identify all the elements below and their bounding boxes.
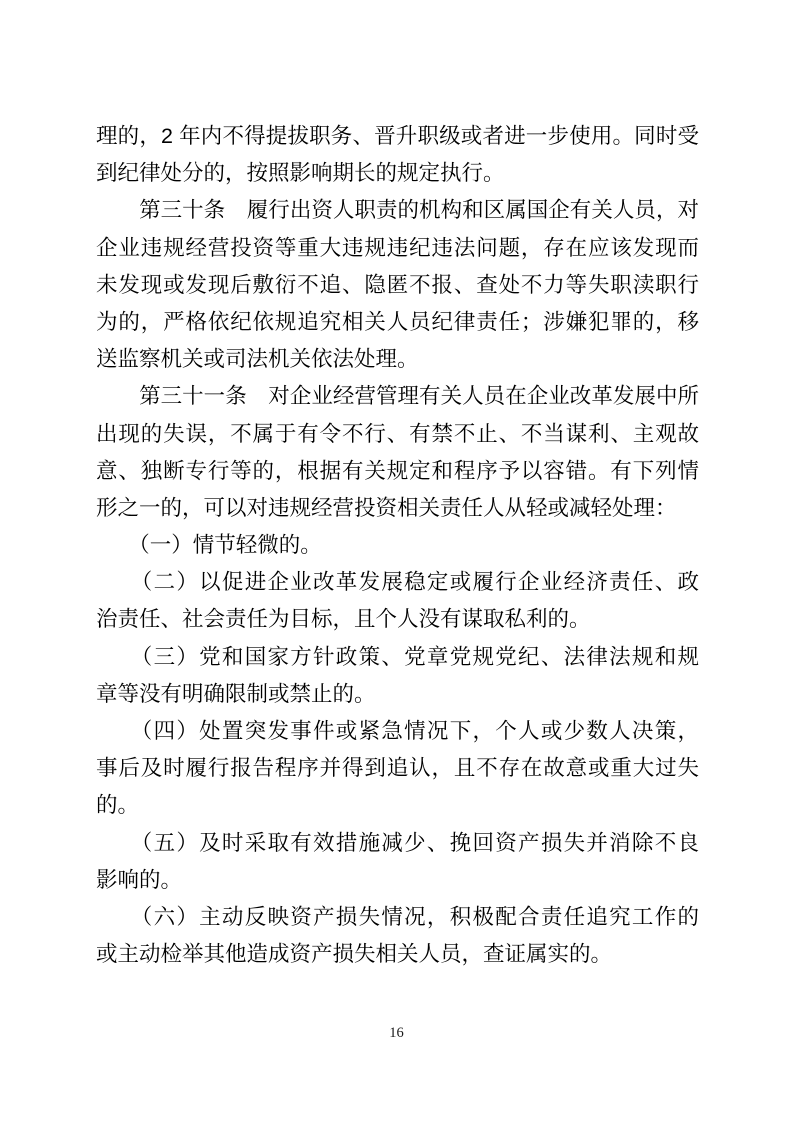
text-line: （六）主动反映资产损失情况，积极配合责任追究工作的 bbox=[96, 899, 699, 936]
text-line: 事后及时履行报告程序并得到追认，且不存在故意或重大过失 bbox=[96, 750, 699, 787]
text-line: 送监察机关或司法机关依法处理。 bbox=[96, 341, 699, 378]
page-number: 16 bbox=[389, 1025, 404, 1041]
document-body: 理的，2 年内不得提拔职务、晋升职级或者进一步使用。同时受到纪律处分的，按照影响… bbox=[96, 118, 699, 973]
text-line: 出现的失误，不属于有令不行、有禁不止、不当谋利、主观故 bbox=[96, 416, 699, 453]
text-line: 到纪律处分的，按照影响期长的规定执行。 bbox=[96, 155, 699, 192]
text-line: 治责任、社会责任为目标，且个人没有谋取私利的。 bbox=[96, 601, 699, 638]
text-line: 第三十条 履行出资人职责的机构和区属国企有关人员，对 bbox=[96, 192, 699, 229]
page-footer: 16 bbox=[0, 1024, 793, 1042]
text-line: 企业违规经营投资等重大违规违纪违法问题，存在应该发现而 bbox=[96, 230, 699, 267]
paragraph: （六）主动反映资产损失情况，积极配合责任追究工作的或主动检举其他造成资产损失相关… bbox=[96, 899, 699, 973]
text-line: 第三十一条 对企业经营管理有关人员在企业改革发展中所 bbox=[96, 378, 699, 415]
paragraph: （二）以促进企业改革发展稳定或履行企业经济责任、政治责任、社会责任为目标，且个人… bbox=[96, 564, 699, 638]
text-line: 影响的。 bbox=[96, 862, 699, 899]
text-line: 未发现或发现后敷衍不追、隐匿不报、查处不力等失职渎职行 bbox=[96, 267, 699, 304]
paragraph: 第三十条 履行出资人职责的机构和区属国企有关人员，对企业违规经营投资等重大违规违… bbox=[96, 192, 699, 378]
text-line: （一）情节轻微的。 bbox=[96, 527, 699, 564]
document-page: 理的，2 年内不得提拔职务、晋升职级或者进一步使用。同时受到纪律处分的，按照影响… bbox=[0, 0, 793, 1122]
paragraph: （一）情节轻微的。 bbox=[96, 527, 699, 564]
text-line: 理的，2 年内不得提拔职务、晋升职级或者进一步使用。同时受 bbox=[96, 118, 699, 155]
paragraph: （三）党和国家方针政策、党章党规党纪、法律法规和规章等没有明确限制或禁止的。 bbox=[96, 639, 699, 713]
text-line: 章等没有明确限制或禁止的。 bbox=[96, 676, 699, 713]
text-line: 为的，严格依纪依规追究相关人员纪律责任；涉嫌犯罪的，移 bbox=[96, 304, 699, 341]
text-line: 或主动检举其他造成资产损失相关人员，查证属实的。 bbox=[96, 936, 699, 973]
paragraph: 理的，2 年内不得提拔职务、晋升职级或者进一步使用。同时受到纪律处分的，按照影响… bbox=[96, 118, 699, 192]
text-line: （四）处置突发事件或紧急情况下，个人或少数人决策， bbox=[96, 713, 699, 750]
text-line: 意、独断专行等的，根据有关规定和程序予以容错。有下列情 bbox=[96, 453, 699, 490]
text-line: 的。 bbox=[96, 787, 699, 824]
text-line: （二）以促进企业改革发展稳定或履行企业经济责任、政 bbox=[96, 564, 699, 601]
paragraph: 第三十一条 对企业经营管理有关人员在企业改革发展中所出现的失误，不属于有令不行、… bbox=[96, 378, 699, 527]
paragraph: （五）及时采取有效措施减少、挽回资产损失并消除不良影响的。 bbox=[96, 825, 699, 899]
paragraph: （四）处置突发事件或紧急情况下，个人或少数人决策，事后及时履行报告程序并得到追认… bbox=[96, 713, 699, 825]
text-line: （五）及时采取有效措施减少、挽回资产损失并消除不良 bbox=[96, 825, 699, 862]
text-line: （三）党和国家方针政策、党章党规党纪、法律法规和规 bbox=[96, 639, 699, 676]
text-line: 形之一的，可以对违规经营投资相关责任人从轻或减轻处理： bbox=[96, 490, 699, 527]
